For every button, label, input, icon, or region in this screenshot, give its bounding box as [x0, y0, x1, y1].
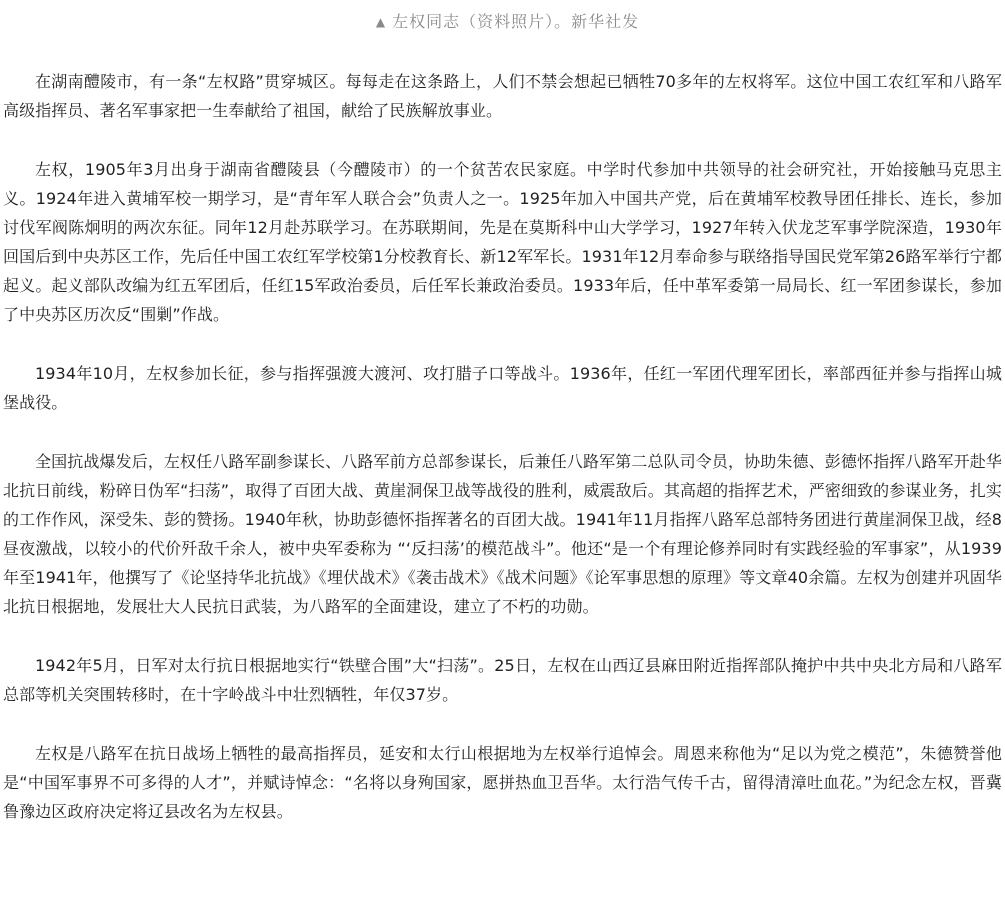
- article-paragraph-6: 左权是八路军在抗日战场上牺牲的最高指挥员，延安和太行山根据地为左权举行追悼会。周…: [3, 739, 1002, 826]
- caption-text: 左权同志（资料照片）。新华社发: [392, 12, 639, 31]
- article-paragraph-3: 1934年10月，左权参加长征，参与指挥强渡大渡河、攻打腊子口等战斗。1936年…: [3, 359, 1002, 417]
- article-paragraph-4: 全国抗战爆发后，左权任八路军副参谋长、八路军前方总部参谋长，后兼任八路军第二总队…: [3, 447, 1002, 621]
- article-paragraph-5: 1942年5月，日军对太行抗日根据地实行“铁壁合围”大“扫荡”。25日，左权在山…: [3, 651, 1002, 709]
- article: ▲左权同志（资料照片）。新华社发 在湖南醴陵市，有一条“左权路”贯穿城区。每每走…: [0, 0, 1005, 826]
- triangle-up-icon: ▲: [376, 15, 386, 29]
- article-paragraph-2: 左权，1905年3月出身于湖南省醴陵县（今醴陵市）的一个贫苦农民家庭。中学时代参…: [3, 155, 1002, 329]
- paragraph-spacer: [3, 417, 1002, 447]
- article-paragraph-1: 在湖南醴陵市，有一条“左权路”贯穿城区。每每走在这条路上，人们不禁会想起已牺牲7…: [3, 67, 1002, 125]
- paragraph-spacer: [3, 709, 1002, 739]
- paragraph-spacer: [3, 329, 1002, 359]
- paragraph-spacer: [3, 125, 1002, 155]
- paragraph-spacer: [3, 621, 1002, 651]
- photo-caption: ▲左权同志（资料照片）。新华社发: [13, 0, 1002, 33]
